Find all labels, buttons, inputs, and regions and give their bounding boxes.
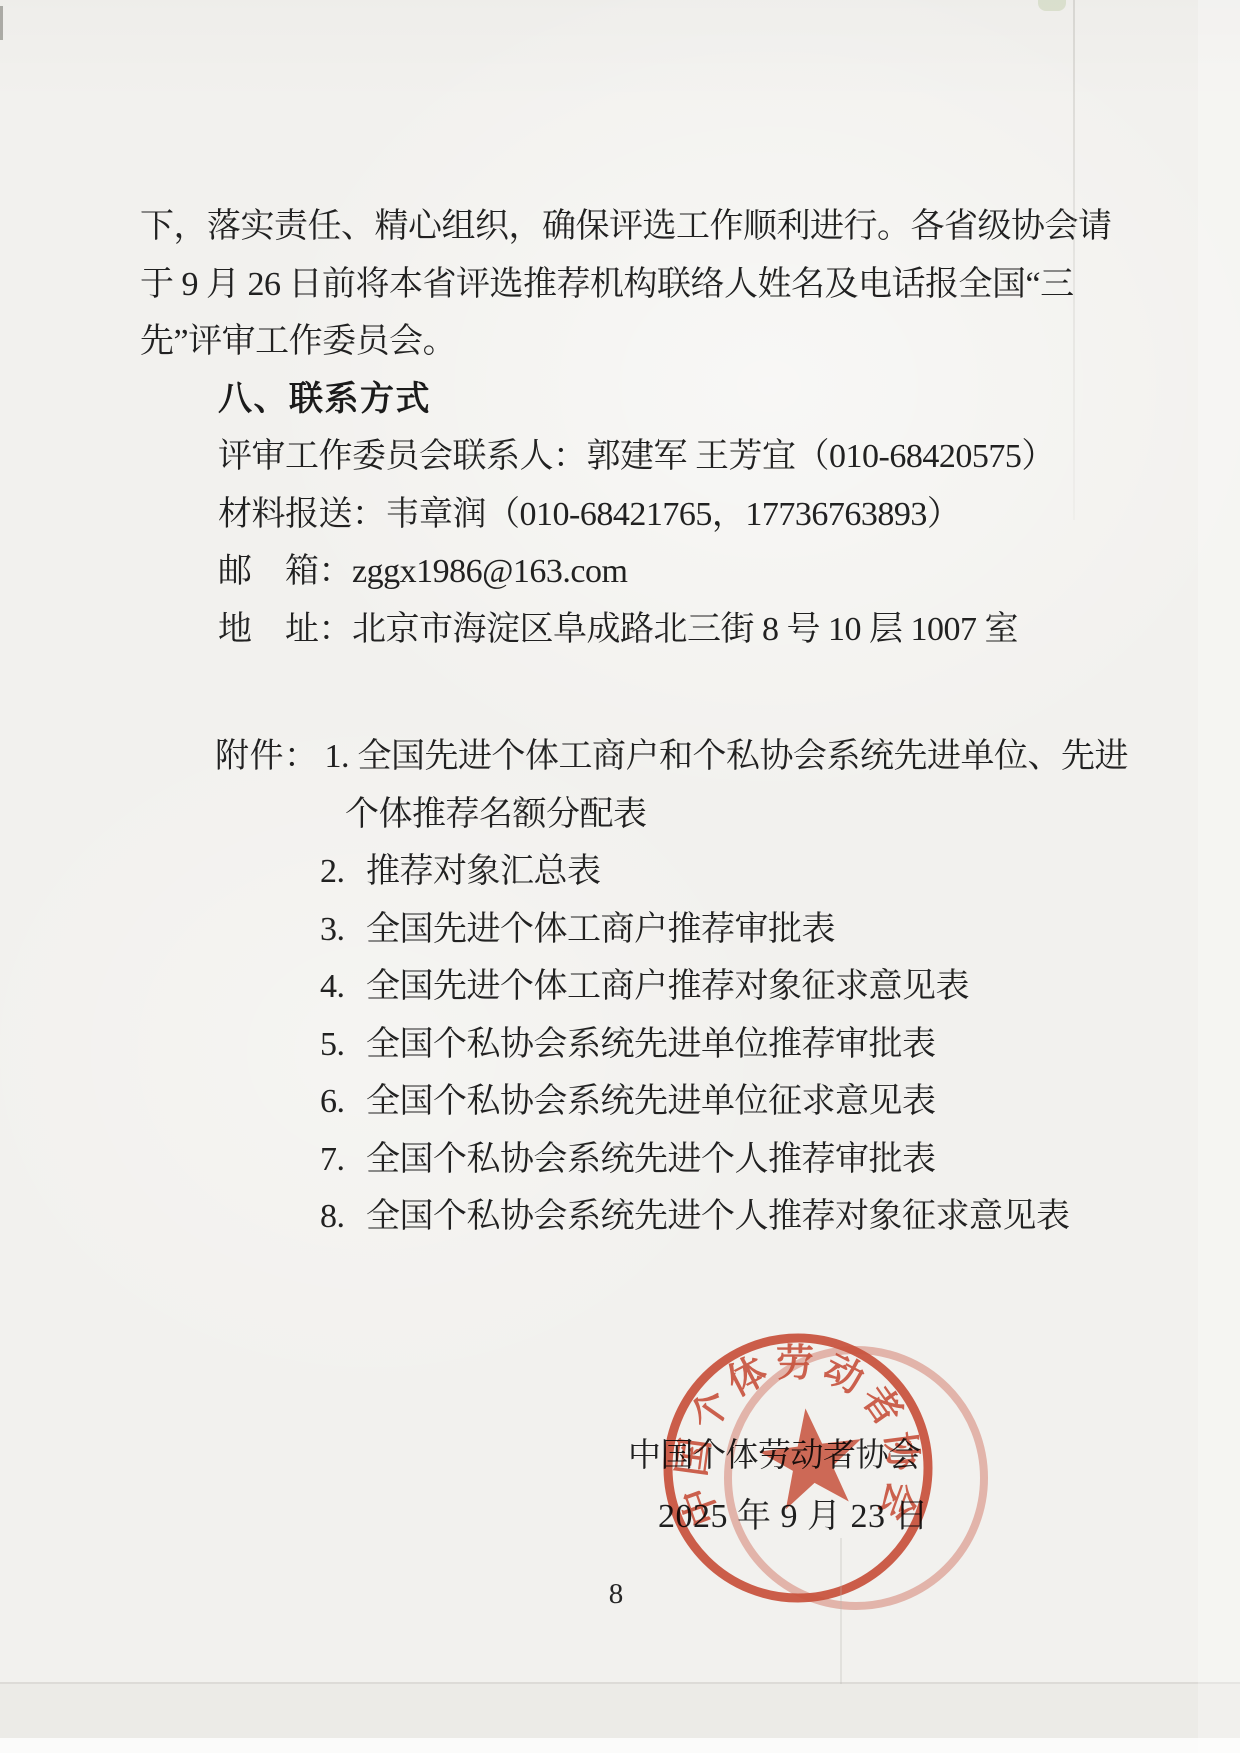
vertical-gap bbox=[140, 658, 1112, 728]
contact-line-committee: 评审工作委员会联系人：郭建军 王芳宜（010-68420575） bbox=[140, 428, 1112, 486]
attachment-item-number: 3. bbox=[320, 901, 366, 959]
contact-line-materials: 材料报送：韦章润（010-68421765，17736763893） bbox=[140, 486, 1112, 544]
attachment-item-number: 4. bbox=[320, 958, 366, 1016]
attachment-item-continuation: 个体推荐名额分配表 bbox=[140, 786, 1112, 844]
attachment-label: 附件： bbox=[215, 738, 319, 775]
attachment-item-text: 全国先进个体工商户推荐审批表 bbox=[366, 911, 835, 948]
attachment-item-text: 全国个私协会系统先进单位征求意见表 bbox=[366, 1083, 936, 1120]
scan-artifact-edge-mark bbox=[0, 6, 3, 40]
signature-organization: 中国个体劳动者协会 bbox=[628, 1429, 921, 1476]
attachment-item: 6.全国个私协会系统先进单位征求意见表 bbox=[140, 1073, 1112, 1131]
attachment-item: 8.全国个私协会系统先进个人推荐对象征求意见表 bbox=[140, 1188, 1112, 1246]
attachment-item-text: 全国个私协会系统先进单位推荐审批表 bbox=[366, 1026, 936, 1063]
attachment-item: 4.全国先进个体工商户推荐对象征求意见表 bbox=[140, 958, 1112, 1016]
attachment-list-start: 附件：1.全国先进个体工商户和个私协会系统先进单位、先进 bbox=[140, 728, 1112, 786]
signature-date: 2025 年 9 月 23 日 bbox=[658, 1488, 929, 1537]
scan-artifact-right-strip bbox=[1198, 0, 1240, 1753]
attachment-item-text: 全国个私协会系统先进个人推荐对象征求意见表 bbox=[366, 1198, 1070, 1235]
contact-line-address: 地 址：北京市海淀区阜成路北三街 8 号 10 层 1007 室 bbox=[140, 601, 1112, 659]
body-paragraph-line: 下，落实责任、精心组织，确保评选工作顺利进行。各省级协会请 bbox=[140, 198, 1112, 256]
attachment-item: 2.推荐对象汇总表 bbox=[140, 843, 1112, 901]
attachment-item: 5.全国个私协会系统先进单位推荐审批表 bbox=[140, 1016, 1112, 1074]
attachment-item-text: 全国先进个体工商户推荐对象征求意见表 bbox=[366, 968, 969, 1005]
attachment-item-number: 1. bbox=[325, 728, 358, 786]
scan-artifact-smudge bbox=[1038, 0, 1066, 11]
attachment-item-number: 2. bbox=[320, 843, 366, 901]
seal-ring-ghost bbox=[728, 1350, 984, 1606]
body-paragraph-line: 先”评审工作委员会。 bbox=[140, 313, 1112, 371]
attachment-item: 7.全国个私协会系统先进个人推荐审批表 bbox=[140, 1131, 1112, 1189]
official-seal: 中国个体劳动者协会 bbox=[640, 1310, 990, 1650]
attachment-item-text: 全国个私协会系统先进个人推荐审批表 bbox=[366, 1141, 936, 1178]
attachment-item: 3.全国先进个体工商户推荐审批表 bbox=[140, 901, 1112, 959]
attachment-item-number: 8. bbox=[320, 1188, 366, 1246]
attachment-item-number: 6. bbox=[320, 1073, 366, 1131]
attachment-item-text: 推荐对象汇总表 bbox=[366, 853, 601, 890]
scan-artifact-seam bbox=[0, 1682, 1240, 1684]
scanned-document-page: 下，落实责任、精心组织，确保评选工作顺利进行。各省级协会请 于 9 月 26 日… bbox=[0, 0, 1240, 1753]
attachment-item-text: 全国先进个体工商户和个私协会系统先进单位、先进 bbox=[358, 738, 1129, 775]
body-paragraph-line: 于 9 月 26 日前将本省评选推荐机构联络人姓名及电话报全国“三 bbox=[140, 256, 1112, 314]
section-heading: 八、联系方式 bbox=[140, 371, 1112, 429]
contact-line-email: 邮 箱：zggx1986@163.com bbox=[140, 543, 1112, 601]
attachment-item-number: 5. bbox=[320, 1016, 366, 1074]
page-number: 8 bbox=[598, 1578, 634, 1611]
scan-artifact-fold-line bbox=[840, 1538, 842, 1753]
scan-artifact-bottom-band bbox=[0, 1684, 1240, 1738]
attachment-item-number: 7. bbox=[320, 1131, 366, 1189]
scan-artifact-bottom-strip bbox=[0, 1738, 1240, 1753]
document-body: 下，落实责任、精心组织，确保评选工作顺利进行。各省级协会请 于 9 月 26 日… bbox=[140, 198, 1112, 1246]
